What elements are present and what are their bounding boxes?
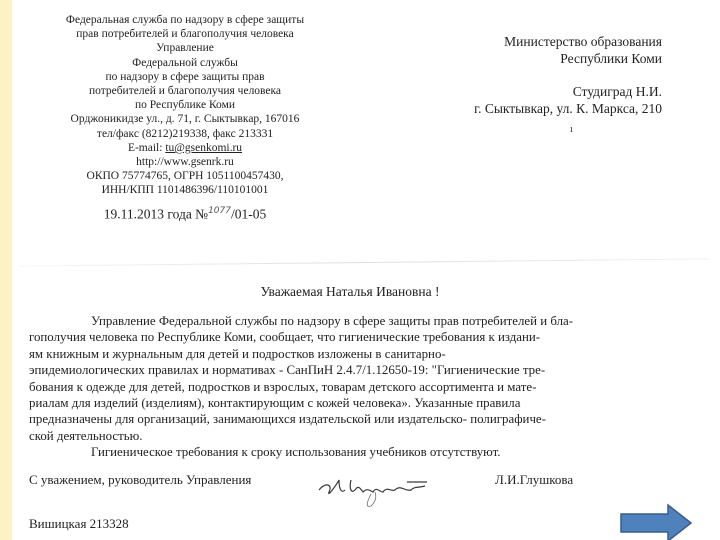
sender-line: Федеральной службы (30, 56, 340, 70)
sender-line: Федеральная служба по надзору в сфере за… (30, 13, 340, 27)
recipient-org-line1: Министерство образования (440, 33, 662, 50)
body-line: эпидемиологических правилах и нормативах… (29, 362, 677, 378)
date-prefix: 19.11.2013 года № (104, 206, 208, 221)
sender-email-line: E-mail: tu@gsenkomi.ru (30, 141, 340, 155)
body-line: ской деятельностью. (29, 428, 677, 444)
sender-phone: тел/факс (8212)219338, факс 213331 (30, 127, 340, 141)
sender-inn: ИНН/КПП 1101486396/110101001 (30, 183, 340, 197)
body-line: гополучия человека по Республике Коми, с… (29, 329, 677, 345)
doc-number-suffix: /01-05 (231, 206, 266, 221)
recipient-org-line2: Республики Коми (440, 50, 662, 67)
sender-codes: ОКПО 75774765, ОГРН 1051100457430, (30, 169, 340, 183)
body-line: риалам для изделий (изделиям), контактир… (29, 395, 677, 411)
sender-line: прав потребителей и благополучия человек… (30, 27, 340, 41)
sender-address: Орджоникидзе ул., д. 71, г. Сыктывкар, 1… (30, 112, 340, 126)
sender-line: по надзору в сфере защиты прав (30, 70, 340, 84)
body-line: Управление Федеральной службы по надзору… (29, 313, 677, 329)
recipient-person: Студиград Н.И. (440, 83, 662, 100)
second-paragraph: Гигиеническое требования к сроку использ… (29, 444, 677, 460)
letter-body: Управление Федеральной службы по надзору… (29, 313, 677, 461)
sender-website[interactable]: http://www.gsenrk.ru (30, 155, 340, 169)
next-slide-arrow-icon[interactable] (618, 503, 694, 540)
body-line: предназначены для организаций, занимающи… (29, 411, 677, 427)
sender-line: по Республике Коми (30, 98, 340, 112)
handwritten-signature (315, 470, 445, 510)
letter-salutation: Уважаемая Наталья Ивановна ! (200, 284, 500, 300)
email-label: E-mail: (128, 142, 165, 154)
letter-date-number: 19.11.2013 года №1077/01-05 (30, 204, 340, 222)
body-line: ям книжным и журнальным для детей и подр… (29, 346, 677, 362)
scan-mark: ı (570, 124, 573, 135)
sender-line: Управление (30, 41, 340, 55)
sender-letterhead: Федеральная служба по надзору в сфере за… (30, 13, 340, 221)
recipient-address: г. Сыктывкар, ул. К. Маркса, 210 (440, 100, 662, 117)
body-line: бования к одежде для детей, подростков и… (29, 379, 677, 395)
recipient-address-block: Министерство образования Республики Коми… (440, 33, 662, 117)
handwritten-number: 1077 (208, 206, 231, 216)
left-margin-strip (0, 0, 12, 540)
sender-line: потребителей и благополучия человека (30, 84, 340, 98)
executor-contact: Вишицкая 213328 (29, 516, 129, 532)
email-link[interactable]: tu@gsenkomi.ru (165, 142, 242, 154)
letter-closing: С уважением, руководитель Управления (29, 472, 251, 488)
signer-name: Л.И.Глушкова (495, 472, 573, 488)
